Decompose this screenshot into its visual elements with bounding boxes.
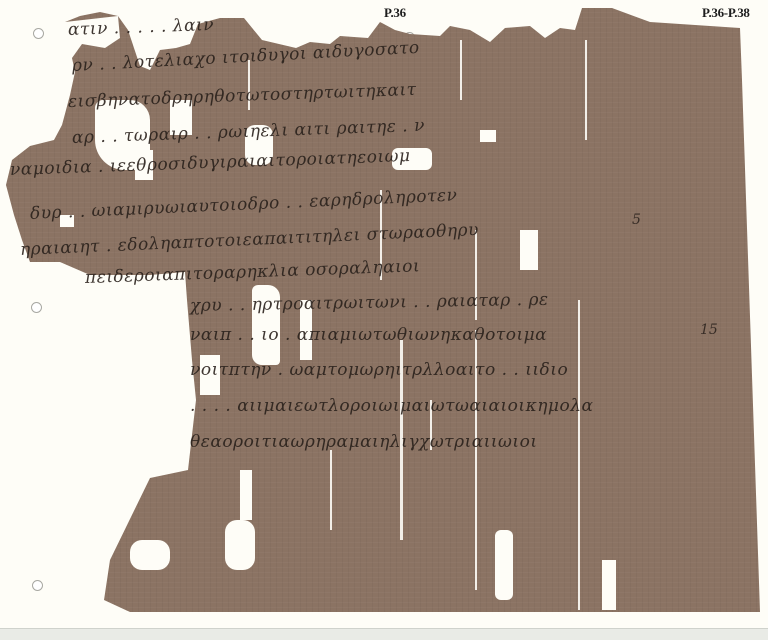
line-number-5: 5 xyxy=(632,212,641,228)
fiber-crack xyxy=(460,40,462,100)
lacuna xyxy=(520,230,538,270)
lacuna xyxy=(225,520,255,570)
punch-hole-icon xyxy=(32,580,43,591)
text-line-11: νοιτπτην . ωαμτομωρηιτρλλοαιτο . . ιιδιο xyxy=(190,360,568,380)
sheet-bottom-edge xyxy=(0,628,768,640)
fiber-crack xyxy=(330,450,332,530)
lacuna xyxy=(602,560,616,610)
punch-hole-icon xyxy=(33,28,44,39)
lacuna xyxy=(240,470,252,520)
fiber-crack xyxy=(585,40,587,140)
item-label-right: P.36-P.38 xyxy=(702,5,750,21)
item-label-left: P.36 xyxy=(384,5,406,21)
text-line-10: ναιπ . . ιο . απιαμιωτωθιωνηκαθοτοιμα xyxy=(190,325,547,345)
lacuna xyxy=(495,530,513,600)
punch-hole-icon xyxy=(31,302,42,313)
text-line-13: θεαοροιτιαωρηραμαιηλιγχωτριαιιωιοι xyxy=(190,432,537,452)
text-line-12: . . . . αιιμαιεωτλοροιωιμαιωτωαιαιοικημο… xyxy=(190,396,593,416)
lacuna xyxy=(480,130,496,142)
lacuna xyxy=(130,540,170,570)
line-number-15: 15 xyxy=(700,322,718,338)
fiber-crack xyxy=(578,300,580,610)
